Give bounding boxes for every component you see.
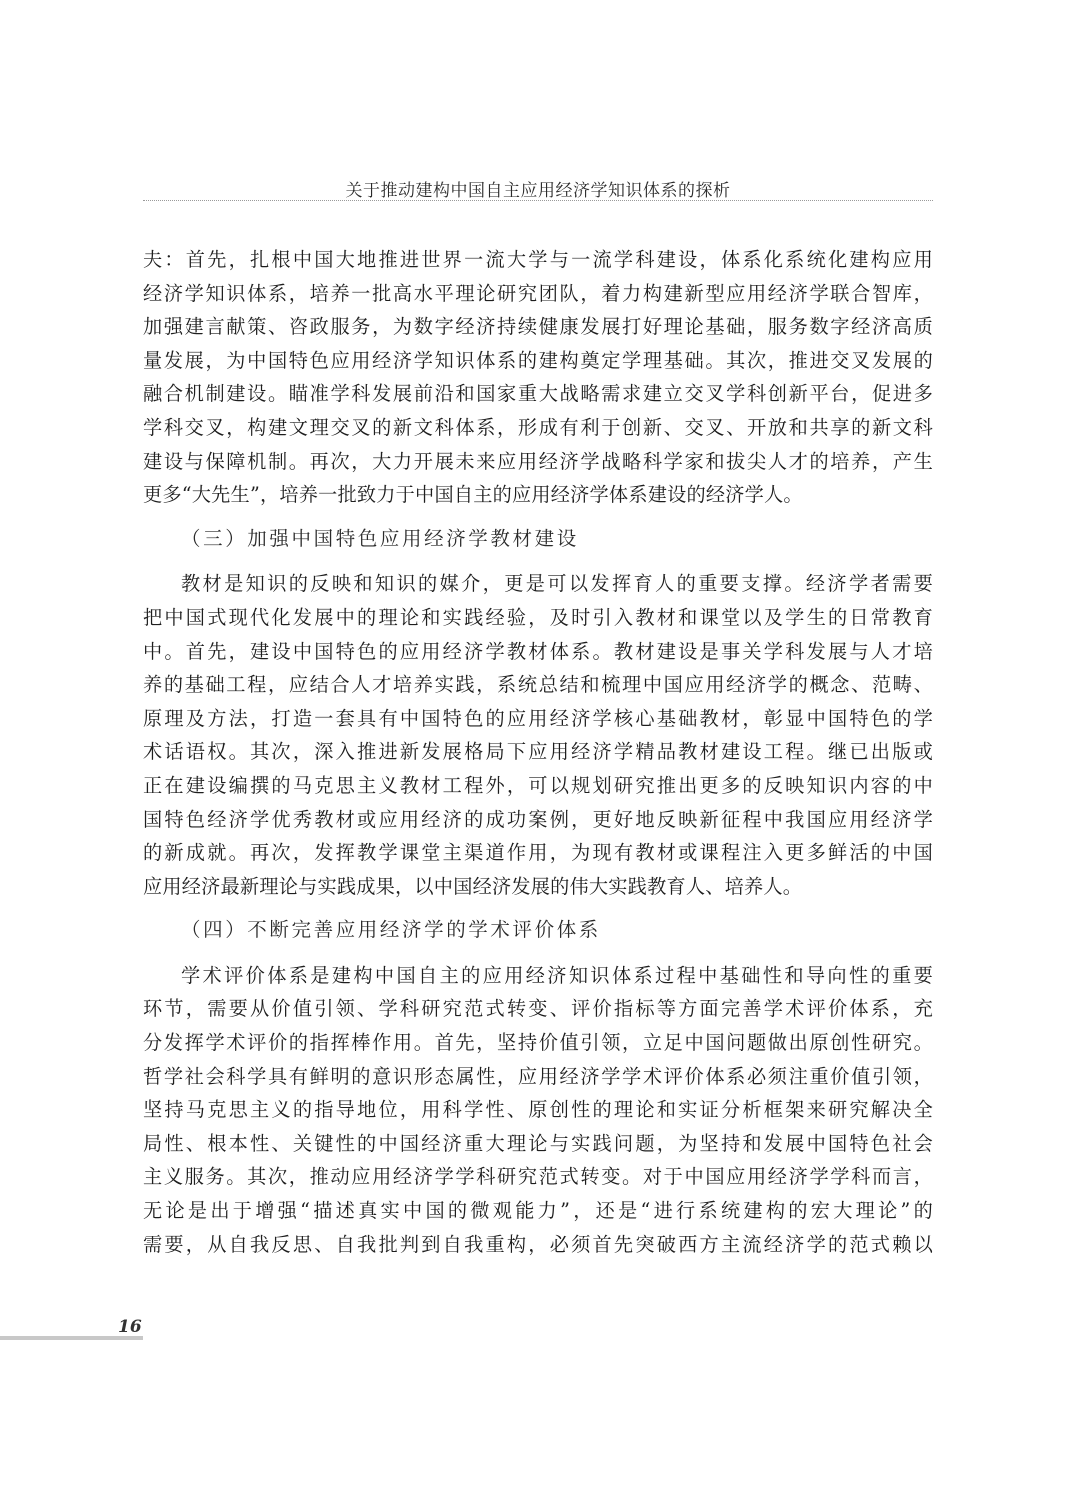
- text-line: 环节，需要从价值引领、学科研究范式转变、评价指标等方面完善学术评价体系，充: [143, 992, 933, 1026]
- running-head: 关于推动建构中国自主应用经济学知识体系的探析: [143, 176, 933, 201]
- text-line: 更多“大先生”，培养一批致力于中国自主的应用经济学体系建设的经济学人。: [143, 478, 933, 512]
- text-line: 养的基础工程，应结合人才培养实践，系统总结和梳理中国应用经济学的概念、范畴、: [143, 668, 933, 702]
- text-line: 无论是出于增强“描述真实中国的微观能力”，还是“进行系统建构的宏大理论”的: [143, 1194, 933, 1228]
- text-line: 局性、根本性、关键性的中国经济重大理论与实践问题，为坚持和发展中国特色社会: [143, 1127, 933, 1161]
- body-text: 夫：首先，扎根中国大地推进世界一流大学与一流学科建设，体系化系统化建构应用 经济…: [143, 243, 933, 1261]
- section-heading-4: （四）不断完善应用经济学的学术评价体系: [143, 913, 933, 947]
- paragraph-textbooks: 教材是知识的反映和知识的媒介，更是可以发挥育人的重要支撑。经济学者需要 把中国式…: [143, 567, 933, 903]
- text-line: 国特色经济学优秀教材或应用经济的成功案例，更好地反映新征程中我国应用经济学: [143, 803, 933, 837]
- text-line: 坚持马克思主义的指导地位，用科学性、原创性的理论和实证分析框架来研究解决全: [143, 1093, 933, 1127]
- text-line: 学科交叉，构建文理交叉的新文科体系，形成有利于创新、交叉、开放和共享的新文科: [143, 411, 933, 445]
- text-line: 的新成就。再次，发挥教学课堂主渠道作用，为现有教材或课程注入更多鲜活的中国: [143, 836, 933, 870]
- text-line: 加强建言献策、咨政服务，为数字经济持续健康发展打好理论基础，服务数字经济高质: [143, 310, 933, 344]
- text-line: 经济学知识体系，培养一批高水平理论研究团队，着力构建新型应用经济学联合智库，: [143, 277, 933, 311]
- text-line: 夫：首先，扎根中国大地推进世界一流大学与一流学科建设，体系化系统化建构应用: [143, 243, 933, 277]
- text-line: 中。首先，建设中国特色的应用经济学教材体系。教材建设是事关学科发展与人才培: [143, 635, 933, 669]
- text-line: 术话语权。其次，深入推进新发展格局下应用经济学精品教材建设工程。继已出版或: [143, 735, 933, 769]
- text-line: 原理及方法，打造一套具有中国特色的应用经济学核心基础教材，彰显中国特色的学: [143, 702, 933, 736]
- text-line: 建设与保障机制。再次，大力开展未来应用经济学战略科学家和拔尖人才的培养，产生: [143, 445, 933, 479]
- paragraph-continuation: 夫：首先，扎根中国大地推进世界一流大学与一流学科建设，体系化系统化建构应用 经济…: [143, 243, 933, 512]
- text-line: 哲学社会科学具有鲜明的意识形态属性，应用经济学学术评价体系必须注重价值引领，: [143, 1060, 933, 1094]
- text-line: 分发挥学术评价的指挥棒作用。首先，坚持价值引领，立足中国问题做出原创性研究。: [143, 1026, 933, 1060]
- text-line: 应用经济最新理论与实践成果，以中国经济发展的伟大实践教育人、培养人。: [143, 870, 933, 904]
- text-line: 量发展，为中国特色应用经济学知识体系的建构奠定学理基础。其次，推进交叉发展的: [143, 344, 933, 378]
- text-line: 把中国式现代化发展中的理论和实践经验，及时引入教材和课堂以及学生的日常教育: [143, 601, 933, 635]
- paragraph-academic-evaluation: 学术评价体系是建构中国自主的应用经济知识体系过程中基础性和导向性的重要 环节，需…: [143, 959, 933, 1261]
- text-line: 需要，从自我反思、自我批判到自我重构，必须首先突破西方主流经济学的范式赖以: [143, 1228, 933, 1262]
- text-line: 主义服务。其次，推动应用经济学学科研究范式转变。对于中国应用经济学学科而言，: [143, 1160, 933, 1194]
- section-heading-3: （三）加强中国特色应用经济学教材建设: [143, 522, 933, 556]
- text-line: 教材是知识的反映和知识的媒介，更是可以发挥育人的重要支撑。经济学者需要: [143, 567, 933, 601]
- text-line: 学术评价体系是建构中国自主的应用经济知识体系过程中基础性和导向性的重要: [143, 959, 933, 993]
- text-line: 融合机制建设。瞄准学科发展前沿和国家重大战略需求建立交叉学科创新平台，促进多: [143, 377, 933, 411]
- text-line: 正在建设编撰的马克思主义教材工程外，可以规划研究推出更多的反映知识内容的中: [143, 769, 933, 803]
- header-rule: [143, 200, 933, 201]
- page-number-bar: [0, 1336, 143, 1340]
- page-number: 16: [118, 1317, 142, 1337]
